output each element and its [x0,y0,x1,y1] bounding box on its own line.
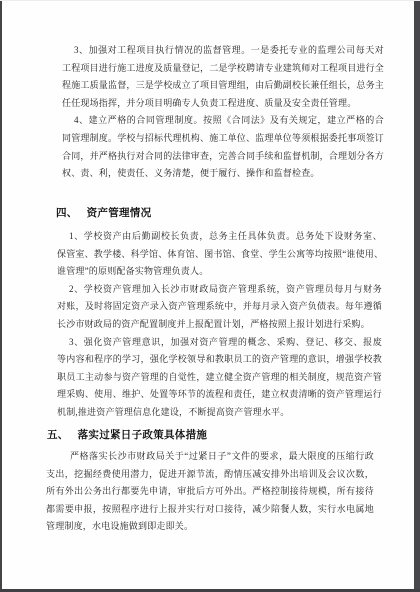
section-asset-management-body: 1、学校资产由后勤副校长负责，总务主任具体负责。总务处下设财务室、 保管室、教学… [57,228,382,422]
scan-background: 3、加强对工程项目执行情况的监督管理。一是委托专业的监理公司每天对 工程项目进行… [0,0,420,592]
scan-edge-left [0,1,2,592]
paragraph-line: 理采购、使用、维护、处置等环节的流程和责任，建立权责清晰的资产管理运行 [57,386,382,404]
scan-edge-right [414,1,420,592]
paragraph-line: 2、学校资产管理加入长沙市财政局资产管理系统，资产管理员每月与财务 [57,281,382,299]
section-number: 四、 [56,207,78,221]
paragraph-line: 4、建立严格的合同管理制度。按照《合同法》及有关规定，建立严格的合 [62,112,384,130]
section-heading-austerity-measures: 五、 落实过紧日子政策具体措施 [47,429,207,443]
section-austerity-measures-body: 严格落实长沙市财政局关于“过紧日子”文件的要求，最大限度的压缩行政 支出，挖掘经… [46,448,374,536]
paragraph: 1、学校资产由后勤副校长负责，总务主任具体负责。总务处下设财务室、 保管室、教学… [57,228,382,281]
paragraph-line: 支出，挖掘经费使用潜力，促进开源节流，酌情压减安排外出培训及会议次数， [46,466,374,484]
scan-edge-top [0,0,420,1]
paragraph-line: 长沙市财政局的资产配置制度并上报配置计划，严格按照上报计划进行采购。 [57,316,382,334]
section-heading-asset-management: 四、 资产管理情况 [56,207,151,221]
paragraph-line: 等内容和程序的学习，强化学校领导和教职员工的资产管理的意识，增强学校教 [57,351,382,369]
paragraph-line: 权、责、利，使责任、义务清楚，便于履行、操作和监督检查。 [62,165,384,183]
paragraph-line: 职员工主动参与资产管理的自觉性，建立健全资产管理的相关制度，规范资产管 [57,369,382,387]
paragraph-line: 所有外出公务出行都要先申请，审批后方可外出。严格控制接待规模，所有接待 [46,483,374,501]
paragraph-line: 都需要申报，按照程序进行上报并实行对口接待，减少陪餐人数，实行水电属地 [46,501,374,519]
paragraph-line: 工程项目进行施工进度及质量登记，二是学校聘请专业建筑师对工程项目进行全 [62,60,384,78]
paragraph: 2、学校资产管理加入长沙市财政局资产管理系统，资产管理员每月与财务 对账，及时将… [57,281,382,334]
paragraph-line: 同管理制度。学校与招标代理机构、施工单位、监理单位等须根据委托事项签订 [62,130,384,148]
paragraph-line: 机制,推进资产管理信息化建设，不断提高资产管理水平。 [57,404,382,422]
paragraph-line: 严格落实长沙市财政局关于“过紧日子”文件的要求，最大限度的压缩行政 [46,448,374,466]
document-page: 3、加强对工程项目执行情况的监督管理。一是委托专业的监理公司每天对 工程项目进行… [2,1,414,589]
paragraph: 3、加强对工程项目执行情况的监督管理。一是委托专业的监理公司每天对 工程项目进行… [62,42,384,112]
intro-paragraphs: 3、加强对工程项目执行情况的监督管理。一是委托专业的监理公司每天对 工程项目进行… [62,42,384,183]
paragraph: 4、建立严格的合同管理制度。按照《合同法》及有关规定，建立严格的合 同管理制度。… [62,112,384,182]
section-title: 落实过紧日子政策具体措施 [78,429,208,443]
paragraph-line: 管理制度，水电设施做到即走即关。 [46,518,374,536]
paragraph-line: 1、学校资产由后勤副校长负责，总务主任具体负责。总务处下设财务室、 [57,228,382,246]
paragraph-line: 对账，及时将固定资产录入资产管理系统中，并每月录入资产负债表。每年遵循 [57,298,382,316]
paragraph-line: 谁管理”的原则配备实物管理负责人。 [57,263,382,281]
paragraph: 严格落实长沙市财政局关于“过紧日子”文件的要求，最大限度的压缩行政 支出，挖掘经… [46,448,374,536]
paragraph-line: 保管室、教学楼、科学馆、体育馆、图书馆、食堂、学生公寓等均按照“谁使用、 [57,246,382,264]
paragraph-line: 3、加强对工程项目执行情况的监督管理。一是委托专业的监理公司每天对 [62,42,384,60]
section-number: 五、 [47,429,69,443]
section-title: 资产管理情况 [87,207,152,221]
paragraph: 3、强化资产管理意识，加强对资产管理的概念、采购、登记、移交、报废 等内容和程序… [57,334,382,422]
paragraph-line: 任任现场指挥，并分项目明确专人负责工程进度、质量及安全责任管理。 [62,95,384,113]
paragraph-line: 合同，并严格执行对合同的法律审查，完善合同手续和监督机制，合理划分各方 [62,148,384,166]
paragraph-line: 程施工质量监督，三是学校成立了项目管理组，由后勤副校长兼任组长，总务主 [62,77,384,95]
paragraph-line: 3、强化资产管理意识，加强对资产管理的概念、采购、登记、移交、报废 [57,334,382,352]
